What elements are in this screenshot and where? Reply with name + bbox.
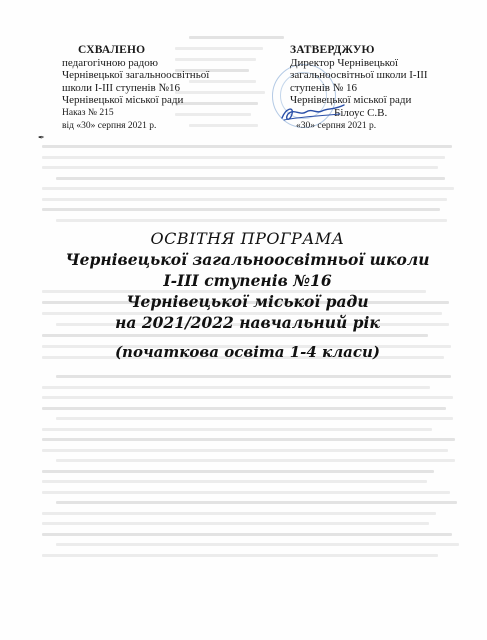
approved-date: від «30» серпня 2021 р. [62,120,209,133]
approved-order: Наказ № 215 [62,107,209,120]
document-page: СХВАЛЕНО педагогічною радою Чернівецької… [0,0,487,640]
document-title: ОСВІТНЯ ПРОГРАМА Чернівецької загальноос… [0,228,487,362]
confirm-line: Директор Чернівецької [290,57,428,70]
confirm-line: загальноосвітньої школи І-ІІІ [290,69,428,82]
approved-line: Чернівецької міської ради [62,94,209,107]
approved-line: школи І-ІІІ ступенів №16 [62,82,209,95]
approved-line: педагогічною радою [62,57,209,70]
approved-line: Чернівецької загальноосвітньої [62,69,209,82]
title-line: Чернівецької міської ради [8,291,487,312]
pen-mark-icon: ✒ [38,133,45,142]
title-line: ОСВІТНЯ ПРОГРАМА [8,228,487,249]
confirm-heading: ЗАТВЕРДЖУЮ [290,44,428,57]
signature-icon [278,102,348,124]
title-subtitle: (початкова освіта 1-4 класи) [8,342,487,362]
title-line: на 2021/2022 навчальний рік [8,312,487,333]
title-line: І-ІІІ ступенів №16 [8,270,487,291]
approved-heading: СХВАЛЕНО [78,44,209,57]
title-line: Чернівецької загальноосвітньої школи [8,249,487,270]
confirm-line: ступенів № 16 [290,82,428,95]
approved-block: СХВАЛЕНО педагогічною радою Чернівецької… [62,44,209,132]
